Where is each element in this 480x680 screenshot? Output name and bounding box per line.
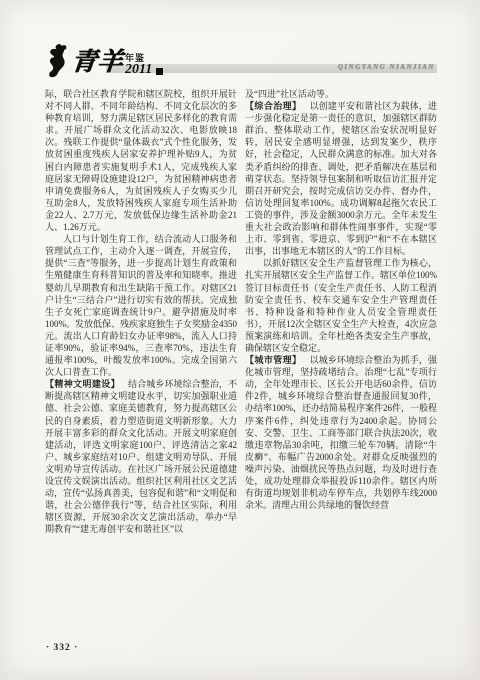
section-title: 【综合治理】: [245, 101, 301, 111]
section-body: 以城乡环境综合整治为抓手，强化城市管理，坚持疏堵结合。治理“七乱”专项行动，全年…: [245, 355, 437, 510]
logo-square-mark: [156, 68, 163, 75]
paragraph-family-planning: 人口与计划生育工作，结合流动人口服务和管理试点工作，主动介入逐一调查，开展宣传，…: [45, 233, 237, 378]
paragraph-continued: 际，联合社区教育学院和辖区院校，组织开展针对不同人群、不同年龄结构、不同文化层次…: [45, 88, 237, 233]
sheep-mascot-icon: [44, 42, 70, 78]
logo-title-text: 青羊: [69, 48, 124, 78]
section-comprehensive-governance: 【综合治理】以创建平安和谐社区为载体，进一步强化稳定是第一责任的意识，加强辖区群…: [245, 100, 437, 257]
page-body: 际，联合社区教育学院和辖区院校，组织开展针对不同人群、不同年龄结构、不同文化层次…: [45, 88, 437, 535]
paragraph-work-safety: 以抓好辖区安全生产监督管理工作为核心，扎实开展辖区安全生产监督工作。辖区单位10…: [245, 257, 437, 354]
header-pinyin-caption: QINGYANG NIANJIAN: [338, 63, 435, 71]
section-body: 结合城乡环境综合整治，不断提高辖区精神文明建设水平，切实加强职业道德、社会公德、…: [45, 379, 237, 534]
paragraph-continued-top: 及“四进”社区活动等。: [245, 88, 437, 100]
left-column: 际，联合社区教育学院和辖区院校，组织开展针对不同人群、不同年龄结构、不同文化层次…: [45, 88, 237, 535]
section-title: 【城市管理】: [245, 355, 301, 365]
section-city-management: 【城市管理】以城乡环境综合整治为抓手，强化城市管理，坚持疏堵结合。治理“七乱”专…: [245, 354, 437, 511]
section-body: 以创建平安和谐社区为载体，进一步强化稳定是第一责任的意识，加强辖区群防群治、整体…: [245, 101, 437, 256]
logo-year-text: 2011: [125, 63, 152, 77]
yearbook-page: 青羊 年鉴 2011 QINGYANG NIANJIAN 际，联合社区教育学院和…: [0, 0, 480, 680]
right-column: 及“四进”社区活动等。 【综合治理】以创建平安和谐社区为载体，进一步强化稳定是第…: [245, 88, 437, 535]
page-header: 青羊 年鉴 2011 QINGYANG NIANJIAN: [44, 42, 437, 82]
page-number: · 332 ·: [46, 643, 78, 653]
section-spiritual-civilization: 【精神文明建设】结合城乡环境综合整治，不断提高辖区精神文明建设水平，切实加强职业…: [45, 378, 237, 535]
yearbook-logo: 青羊 年鉴 2011: [44, 42, 163, 78]
section-title: 【精神文明建设】: [45, 379, 120, 389]
logo-stack: 年鉴 2011: [125, 54, 152, 77]
